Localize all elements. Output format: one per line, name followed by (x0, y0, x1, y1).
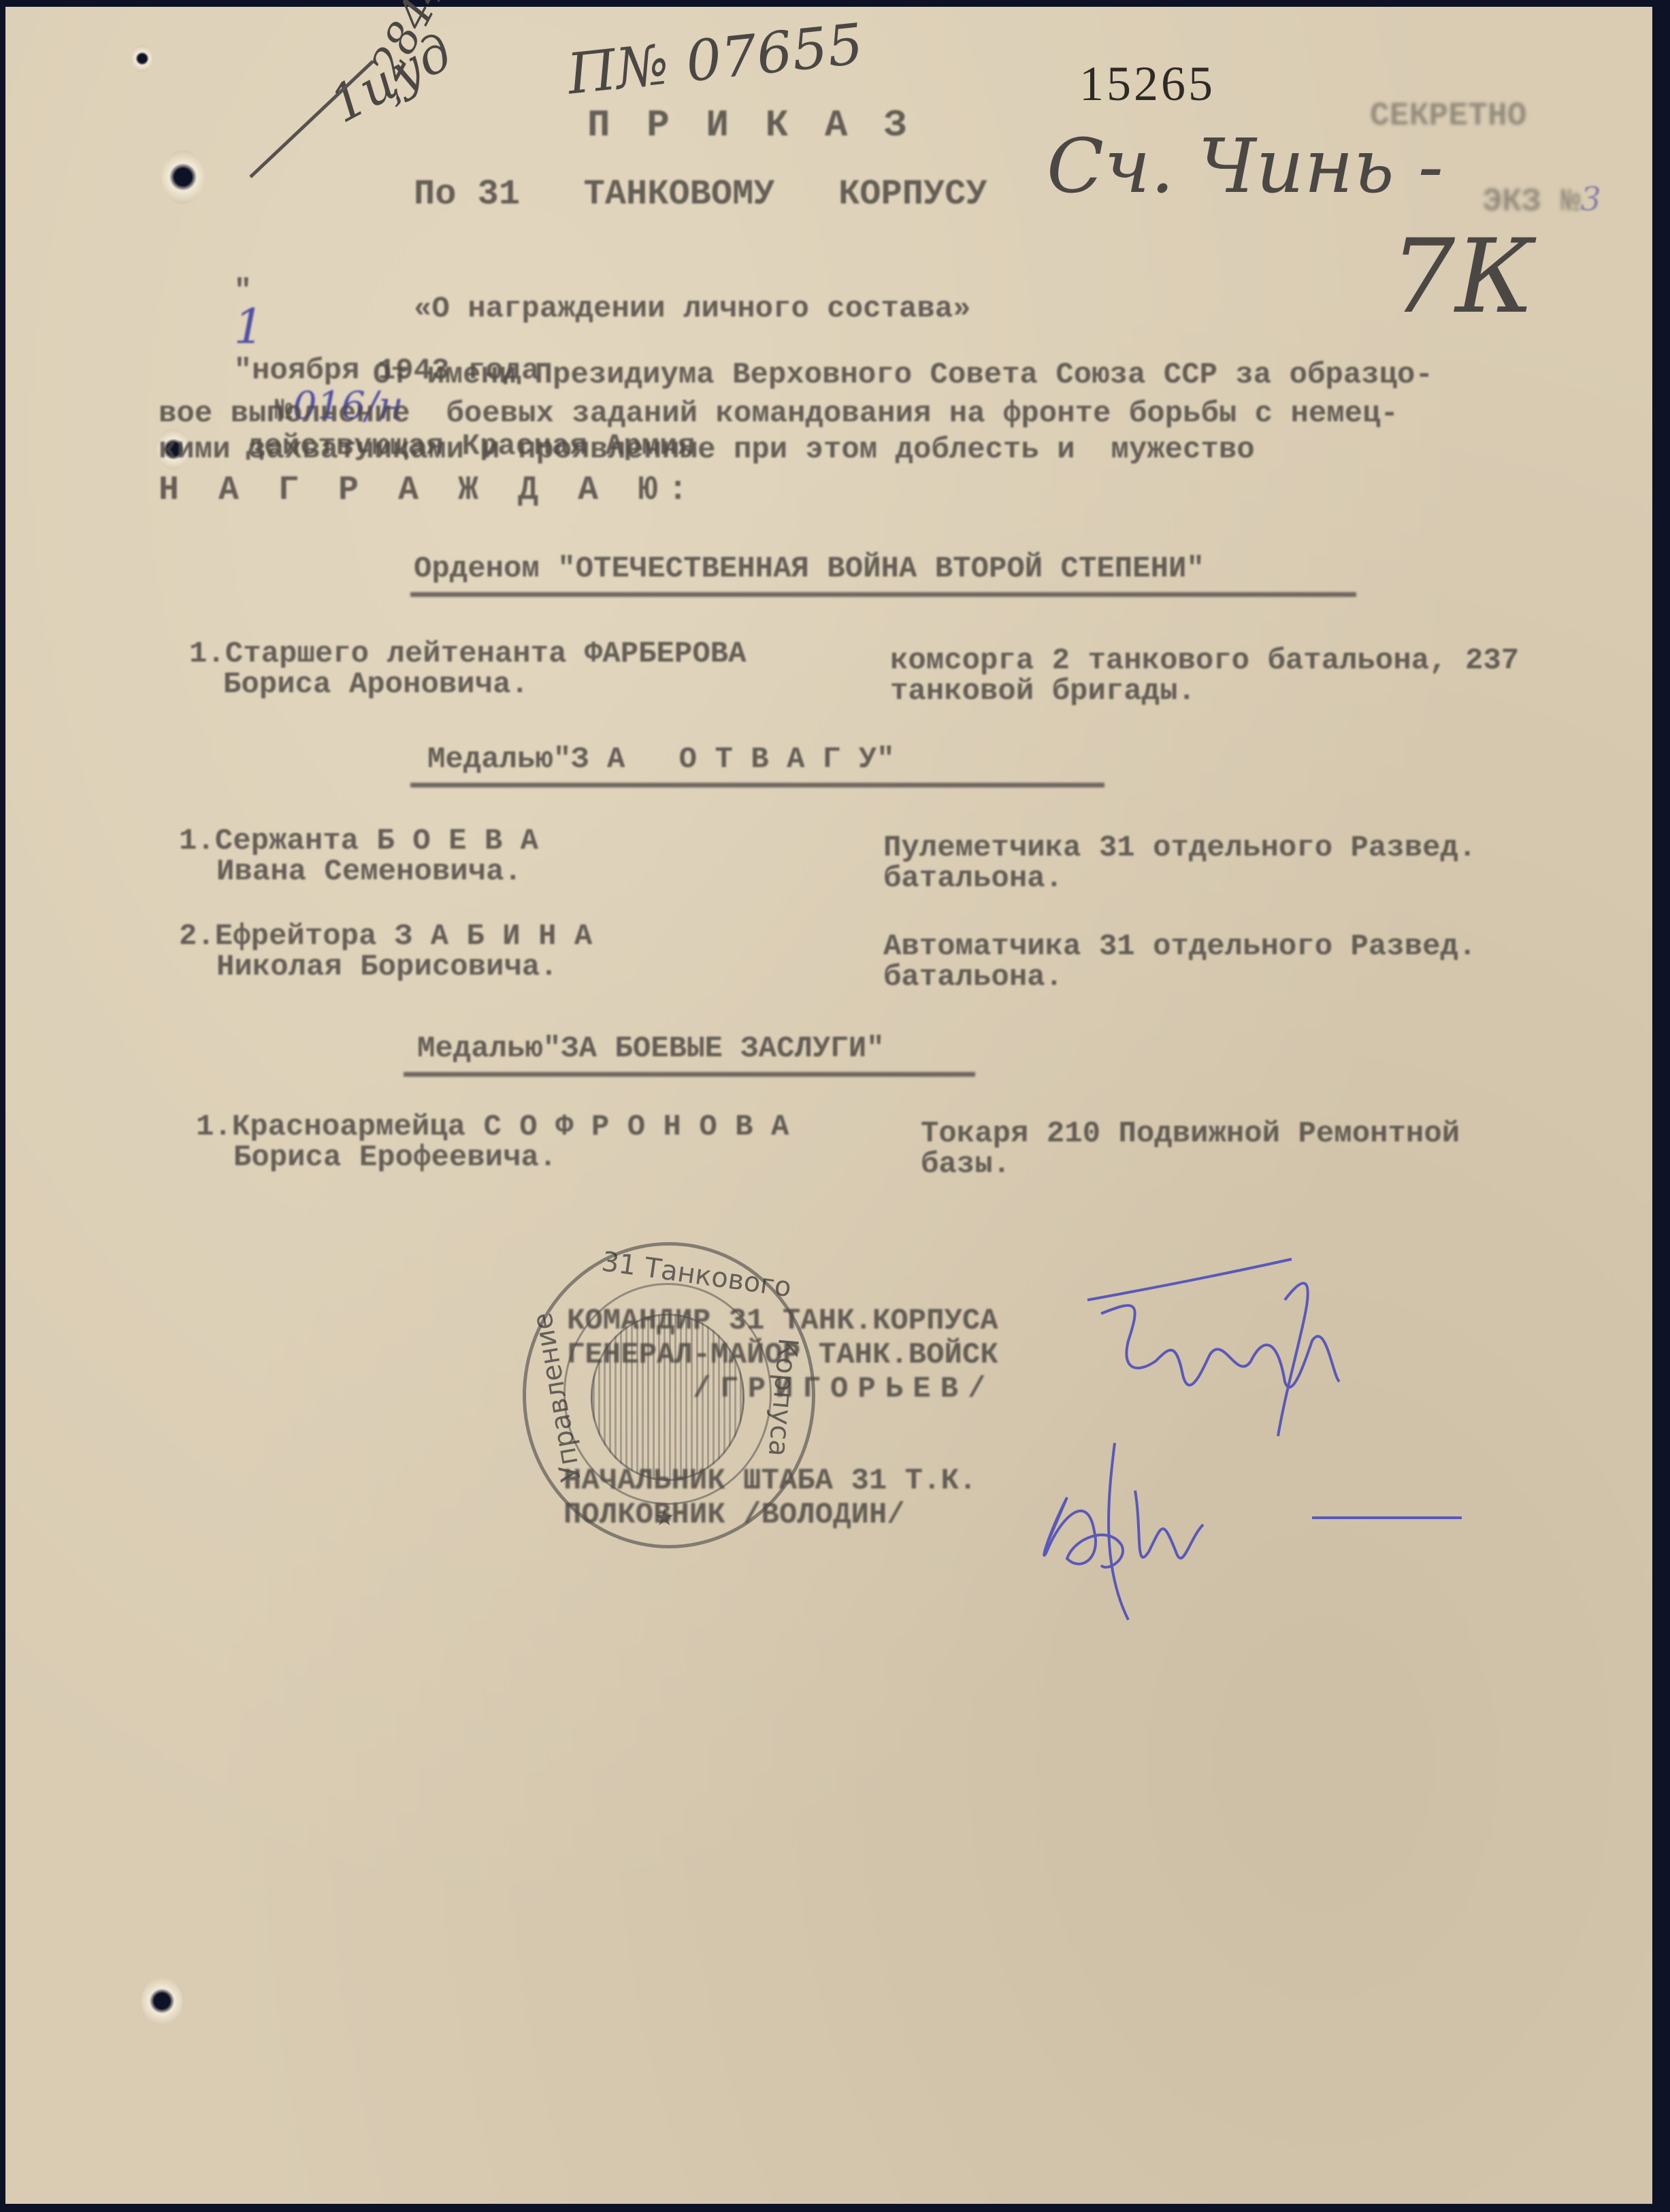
section-underline (410, 783, 1104, 787)
order-topic: «О награждении личного состава» (414, 291, 971, 327)
punch-hole-lower (142, 1977, 182, 2025)
handwritten-day: 1 (234, 299, 265, 355)
award-entry-patronymic: Бориса Ерофеевича. (233, 1140, 557, 1175)
commander-title-line1: КОМАНДИР 31 ТАНК.КОРПУСА (567, 1303, 998, 1339)
order-title: П Р И К А З (587, 108, 914, 143)
awards-keyword: Н А Г Р А Ж Д А Ю: (159, 473, 698, 508)
classification-label: СЕКРЕТНО (1370, 99, 1526, 134)
archive-note-line2: 28444 (362, 0, 472, 87)
preamble-line-1: От имени Президиума Верховного Совета Со… (373, 357, 1433, 393)
copy-number: 3 (1580, 180, 1601, 218)
preamble-line-3: кими захватчиками и проявленные при этом… (159, 432, 1255, 468)
copy-label-text: ЭКЗ № (1482, 184, 1580, 221)
section-heading-medal-bravery: Медалью"З А О Т В А Г У" (427, 742, 895, 777)
handwritten-reference: П№ 07655 (564, 12, 866, 107)
section-heading-medal-combat-merit: Медалью"ЗА БОЕВЫЕ ЗАСЛУГИ" (417, 1031, 885, 1067)
close-quote: " (234, 354, 252, 388)
award-entry-unit: батальона. (883, 960, 1063, 995)
section-underline (404, 1072, 975, 1077)
chief-of-staff-signature (1026, 1416, 1503, 1640)
award-entry-unit: танковой бригады. (890, 674, 1196, 709)
chief-of-staff-title: НАЧАЛЬНИК ШТАБА 31 Т.К. (563, 1463, 977, 1499)
margin-mark: 7К (1390, 218, 1535, 336)
preamble-line-2: вое выполнение боевых заданий командован… (159, 396, 1398, 432)
award-entry-patronymic: Николая Борисовича. (216, 949, 558, 985)
punch-hole-top (132, 45, 152, 72)
handwritten-annotation-right: Сч. Чинь - (1047, 123, 1443, 210)
document-page: 1цуд 28444 П№ 07655 15265 Сч. Чинь - СЕК… (5, 7, 1652, 2204)
registration-number: 15265 (1079, 56, 1215, 112)
award-entry-unit: базы. (921, 1147, 1011, 1182)
commander-name: /ГРИГОРЬЕВ/ (693, 1371, 995, 1407)
order-subtitle: По 31 ТАНКОВОМУ КОРПУСУ (414, 177, 987, 212)
award-entry-patronymic: Бориса Ароновича. (223, 667, 529, 702)
commander-title-line2: ГЕНЕРАЛ-МАЙОР ТАНК.ВОЙСК (567, 1337, 998, 1373)
award-entry-patronymic: Ивана Семеновича. (216, 854, 522, 890)
section-heading-order-patriotic-war: Орденом "ОТЕЧЕСТВЕННАЯ ВОЙНА ВТОРОЙ СТЕП… (414, 551, 1205, 587)
section-underline (410, 592, 1356, 597)
punch-hole-upper (162, 150, 204, 204)
chief-of-staff-name: ПОЛКОВНИК /ВОЛОДИН/ (563, 1497, 905, 1533)
award-entry-unit: батальона. (883, 861, 1063, 896)
